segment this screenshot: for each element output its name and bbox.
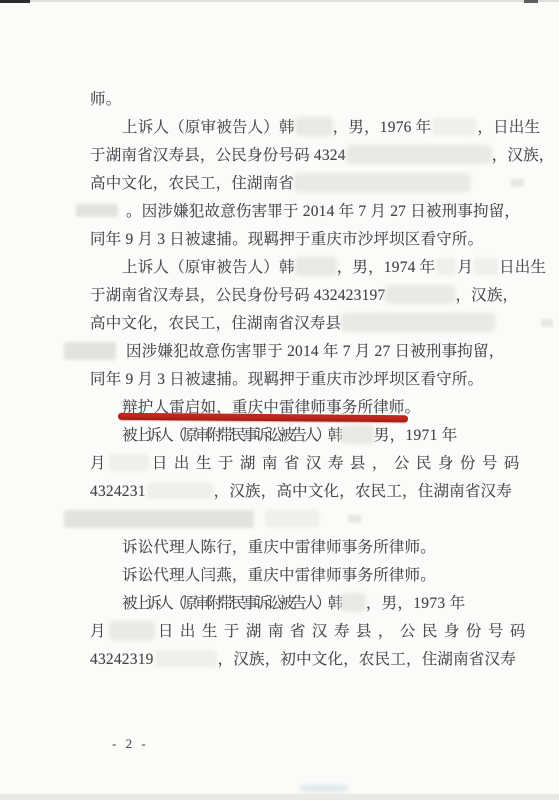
text-line: 被上诉人（原审附带民事诉讼被告人）韩男，1971 年 <box>90 422 555 450</box>
red-underline-annotation <box>118 413 408 423</box>
text-line: 同年 9 月 3 日被逮捕。现羁押于重庆市沙坪坝区看守所。 <box>90 366 555 394</box>
redaction-box <box>476 260 496 273</box>
text-line: 上诉人（原审被告人）韩，男，1974 年月日出生 <box>90 254 555 282</box>
redaction-box <box>349 148 489 161</box>
text-segment: 。因涉嫌犯故意伤害罪于 2014 年 7 月 27 日被刑事拘留， <box>126 203 520 220</box>
redaction-box <box>297 176 467 189</box>
scan-edge-top <box>0 0 559 2</box>
scan-edge-top-left-mark <box>0 0 30 3</box>
text-segment: 同年 9 月 3 日被逮捕。现羁押于重庆市沙坪坝区看守所。 <box>90 371 483 388</box>
text-segment: 于湖南省汉寿县，公民身份号码 4324 <box>90 147 346 164</box>
redaction-box <box>76 204 118 217</box>
text-segment: 被上诉人（原审附带民事诉讼被告人）韩 <box>122 427 340 444</box>
text-segment: 月 <box>90 623 106 640</box>
text-segment: 师。 <box>90 91 121 108</box>
text-line: 诉讼代理人陈行，重庆中雷律师事务所律师。 <box>90 534 555 562</box>
text-line: 高中文化，农民工，住湖南省汉寿县 <box>90 310 555 338</box>
redaction-box <box>298 260 334 273</box>
text-line: 43242319，汉族，初中文化，农民工，住湖南省汉寿 <box>90 646 555 674</box>
redaction-box <box>149 484 211 497</box>
document-text: 师。上诉人（原审被告人）韩，男，1976 年，日出生于湖南省汉寿县，公民身份号码… <box>90 86 555 674</box>
text-segment: ，男，1973 年 <box>366 595 466 612</box>
text-segment: ，汉族， <box>455 287 518 304</box>
text-segment: 诉讼代理人闫燕，重庆中雷律师事务所律师。 <box>122 567 436 584</box>
text-line: 师。 <box>90 86 555 114</box>
text-segment: 于湖南省汉寿县，公民身份号码 432423197 <box>90 287 385 304</box>
text-segment: 日出生 <box>499 259 546 276</box>
text-segment: 同年 9 月 3 日被逮捕。现羁押于重庆市沙坪坝区看守所。 <box>90 231 483 248</box>
text-segment: 男，1971 年 <box>374 427 458 444</box>
text-segment: ，男，1976 年 <box>333 119 432 136</box>
text-line: 因涉嫌犯故意伤害罪于 2014 年 7 月 27 日被刑事拘留， <box>90 338 555 366</box>
text-segment: 高中文化，农民工，住湖南省 <box>90 175 294 192</box>
redaction-box <box>112 624 152 637</box>
text-line: 于湖南省汉寿县，公民身份号码 432423197，汉族， <box>90 282 555 310</box>
redaction-box <box>157 652 215 665</box>
text-segment: 高中文化，农民工，住湖南省汉寿县 <box>90 315 341 332</box>
redaction-box <box>438 260 454 273</box>
text-line: 高中文化，农民工，住湖南省 <box>90 170 555 198</box>
text-segment: ，汉族，高中文化，农民工，住湖南省汉寿 <box>214 483 512 500</box>
text-line: 。因涉嫌犯故意伤害罪于 2014 年 7 月 27 日被刑事拘留， <box>90 198 555 226</box>
text-line <box>90 506 555 534</box>
text-segment: 上诉人（原审被告人）韩 <box>122 119 295 136</box>
text-segment: ，汉族， <box>492 147 555 164</box>
redaction-box <box>64 342 116 360</box>
document-page: 师。上诉人（原审被告人）韩，男，1976 年，日出生于湖南省汉寿县，公民身份号码… <box>0 0 559 800</box>
scan-mark <box>348 515 362 523</box>
redaction-box <box>434 120 474 133</box>
redaction-box <box>64 510 254 528</box>
text-line: 于湖南省汉寿县，公民身份号码 4324，汉族， <box>90 142 555 170</box>
redaction-box <box>343 428 371 441</box>
scan-edge-bottom <box>0 794 559 800</box>
scan-mark <box>541 319 553 327</box>
text-segment: 日出生于湖南省汉寿县，公民身份号码 <box>158 623 532 640</box>
text-line: 被上诉人（原审附带民事诉讼被告人）韩，男，1973 年 <box>90 590 555 618</box>
redaction-box <box>111 456 147 469</box>
text-line: 辩护人雷启如，重庆中雷律师事务所律师。 <box>90 394 555 422</box>
text-line: 诉讼代理人闫燕，重庆中雷律师事务所律师。 <box>90 562 555 590</box>
redaction-box <box>298 120 330 133</box>
text-segment: 被上诉人（原审附带民事诉讼被告人）韩 <box>122 595 340 612</box>
text-segment: ，男，1974 年 <box>337 259 436 276</box>
text-segment: 月 <box>90 455 106 472</box>
text-segment: ，日出生 <box>477 119 540 136</box>
text-segment: 因涉嫌犯故意伤害罪于 2014 年 7 月 27 日被刑事拘留， <box>126 343 504 360</box>
redaction-box <box>267 512 317 525</box>
text-segment: 4324231 <box>90 483 146 500</box>
scan-mark <box>510 179 524 187</box>
text-segment: ，汉族，初中文化，农民工，住湖南省汉寿 <box>218 651 516 668</box>
redaction-box <box>388 288 452 301</box>
text-segment: 上诉人（原审被告人）韩 <box>122 259 295 276</box>
text-segment: 诉讼代理人陈行，重庆中雷律师事务所律师。 <box>122 539 436 556</box>
redaction-box <box>343 596 363 609</box>
text-line: 月日出生于湖南省汉寿县，公民身份号码 <box>90 450 555 478</box>
text-segment: 月 <box>457 259 473 276</box>
text-segment: 日出生于湖南省汉寿县，公民身份号码 <box>152 455 526 472</box>
text-line: 月日出生于湖南省汉寿县，公民身份号码 <box>90 618 555 646</box>
text-line: 上诉人（原审被告人）韩，男，1976 年，日出生 <box>90 114 555 142</box>
redaction-box <box>344 316 492 329</box>
scan-bottom-smudge <box>300 785 348 792</box>
scan-edge-top-right-mark <box>524 0 538 3</box>
text-line: 4324231，汉族，高中文化，农民工，住湖南省汉寿 <box>90 478 555 506</box>
text-segment: 43242319 <box>90 651 154 668</box>
page-number: - 2 - <box>112 736 149 752</box>
text-line: 同年 9 月 3 日被逮捕。现羁押于重庆市沙坪坝区看守所。 <box>90 226 555 254</box>
